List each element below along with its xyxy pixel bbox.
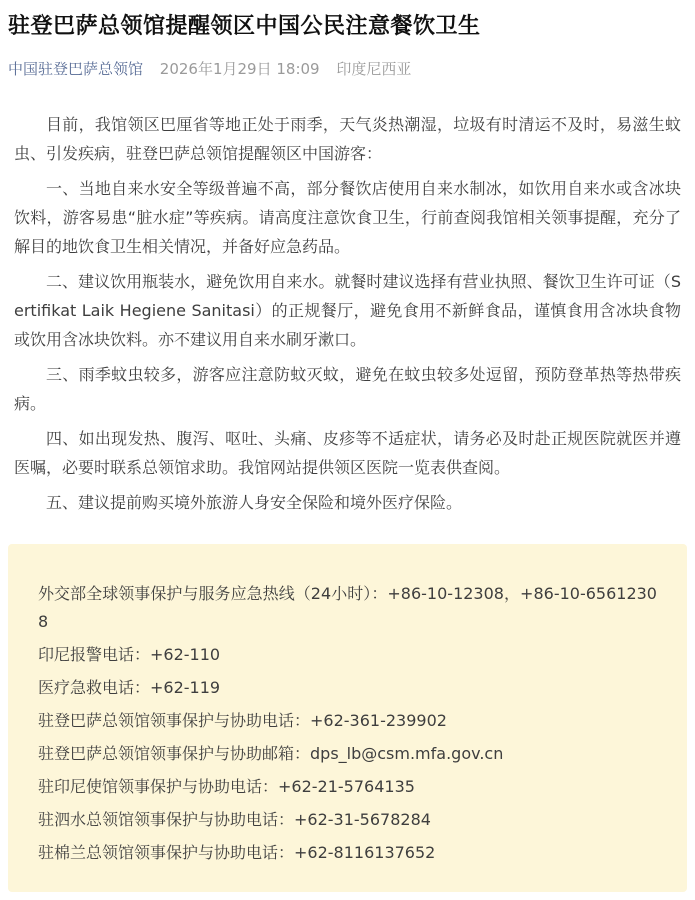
contact-line-denpasar-email: 驻登巴萨总领馆领事保护与协助邮箱：dps_lb@csm.mfa.gov.cn [38, 740, 657, 768]
contact-line-embassy-phone: 驻印尼使馆领事保护与协助电话：+62-21-5764135 [38, 773, 657, 801]
contact-line-medical: 医疗急救电话：+62-119 [38, 674, 657, 702]
article-body: 目前，我馆领区巴厘省等地正处于雨季，天气炎热潮湿，垃圾有时清运不及时，易滋生蚊虫… [8, 110, 687, 517]
body-paragraph-item-2: 二、建议饮用瓶装水，避免饮用自来水。就餐时建议选择有营业执照、餐饮卫生许可证（S… [14, 267, 681, 354]
article-title: 驻登巴萨总领馆提醒领区中国公民注意餐饮卫生 [8, 12, 687, 42]
contact-line-police: 印尼报警电话：+62-110 [38, 641, 657, 669]
contact-line-surabaya-phone: 驻泗水总领馆领事保护与协助电话：+62-31-5678284 [38, 806, 657, 834]
body-paragraph-intro: 目前，我馆领区巴厘省等地正处于雨季，天气炎热潮湿，垃圾有时清运不及时，易滋生蚊虫… [14, 110, 681, 168]
article-page: 驻登巴萨总领馆提醒领区中国公民注意餐饮卫生 中国驻登巴萨总领馆 2026年1月2… [0, 0, 695, 900]
account-name-link[interactable]: 中国驻登巴萨总领馆 [8, 60, 143, 78]
byline: 中国驻登巴萨总领馆 2026年1月29日 18:09 印度尼西亚 [8, 59, 687, 80]
contact-line-mfa-hotline: 外交部全球领事保护与服务应急热线（24小时）：+86-10-12308，+86-… [38, 580, 657, 636]
publish-date: 2026年1月29日 18:09 [160, 60, 320, 78]
body-paragraph-item-3: 三、雨季蚊虫较多，游客应注意防蚊灭蚊，避免在蚊虫较多处逗留，预防登革热等热带疾病… [14, 360, 681, 418]
emergency-contact-box: 外交部全球领事保护与服务应急热线（24小时）：+86-10-12308，+86-… [8, 544, 687, 892]
contact-line-medan-phone: 驻棉兰总领馆领事保护与协助电话：+62-8116137652 [38, 839, 657, 867]
body-paragraph-item-4: 四、如出现发热、腹泻、呕吐、头痛、皮疹等不适症状，请务必及时赴正规医院就医并遵医… [14, 424, 681, 482]
contact-line-denpasar-phone: 驻登巴萨总领馆领事保护与协助电话：+62-361-239902 [38, 707, 657, 735]
body-paragraph-item-5: 五、建议提前购买境外旅游人身安全保险和境外医疗保险。 [14, 488, 681, 517]
publish-location: 印度尼西亚 [336, 60, 411, 78]
body-paragraph-item-1: 一、当地自来水安全等级普遍不高，部分餐饮店使用自来水制冰，如饮用自来水或含冰块饮… [14, 174, 681, 261]
